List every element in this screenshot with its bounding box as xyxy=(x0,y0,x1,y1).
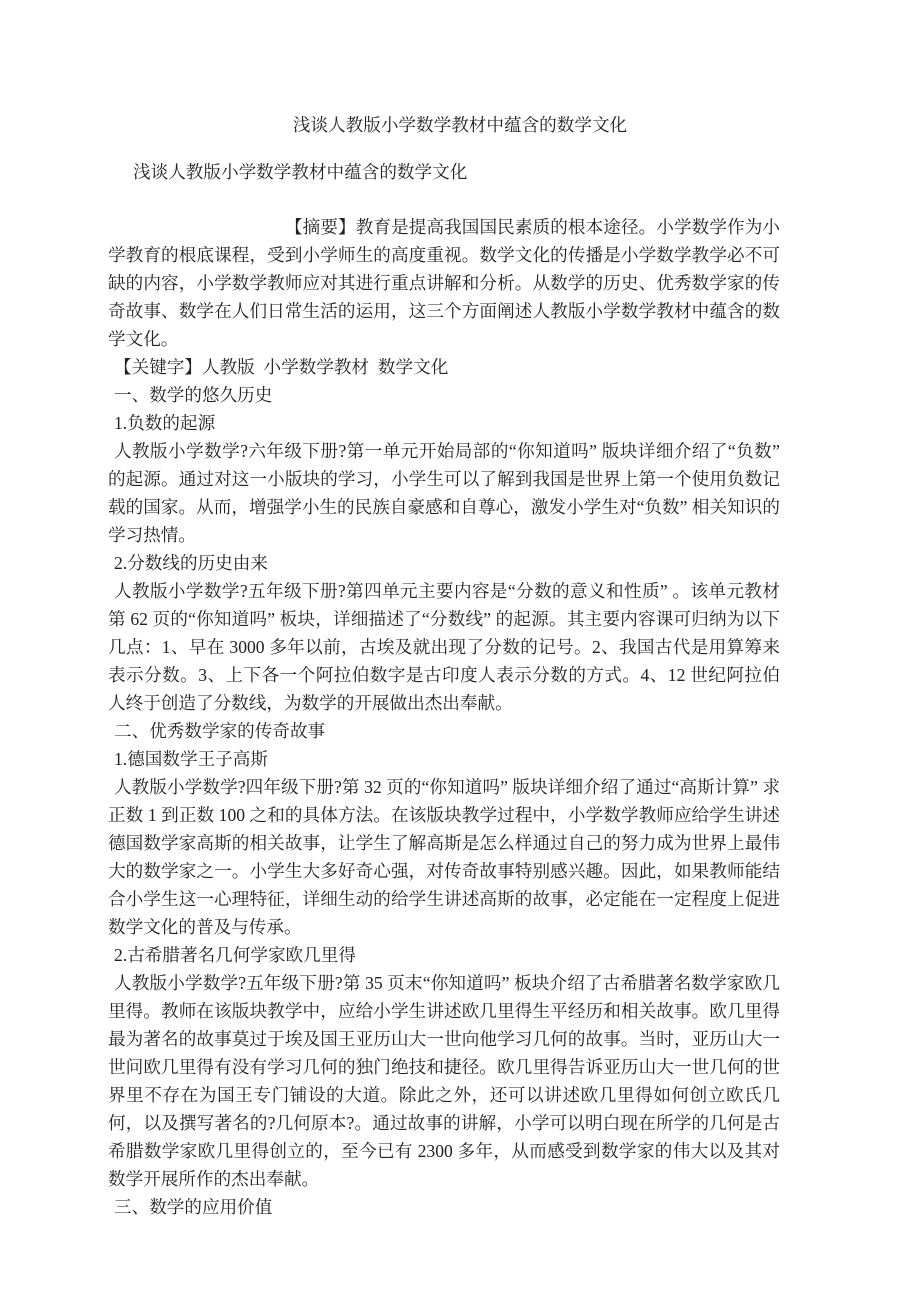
document-title: 浅谈人教版小学数学教材中蕴含的数学文化 xyxy=(0,111,920,139)
document-page: 浅谈人教版小学数学教材中蕴含的数学文化 浅谈人教版小学数学教材中蕴含的数学文化 … xyxy=(0,0,920,1302)
section-heading: 二、优秀数学家的传奇故事 xyxy=(108,717,780,745)
body-paragraph: 人教版小学数学?五年级下册?第四单元主要内容是“分数的意义和性质” 。该单元教材… xyxy=(108,577,780,717)
section-heading: 一、数学的悠久历史 xyxy=(108,381,780,409)
body-paragraph: 人教版小学数学?五年级下册?第 35 页末“你知道吗” 板块介绍了古希腊著名数学… xyxy=(108,969,780,1193)
subsection-heading: 2.分数线的历史由来 xyxy=(108,549,780,577)
document-subtitle: 浅谈人教版小学数学教材中蕴含的数学文化 xyxy=(108,158,808,186)
subsection-heading: 1.负数的起源 xyxy=(108,409,780,437)
section-heading: 三、数学的应用价值 xyxy=(108,1193,780,1221)
subsection-heading: 2.古希腊著名几何学家欧几里得 xyxy=(108,941,780,969)
document-body: 【摘要】教育是提高我国国民素质的根本途径。小学数学作为小学教育的根底课程，受到小… xyxy=(108,213,780,1221)
body-paragraph: 人教版小学数学?六年级下册?第一单元开始局部的“你知道吗” 版块详细介绍了“负数… xyxy=(108,437,780,549)
abstract-paragraph: 【摘要】教育是提高我国国民素质的根本途径。小学数学作为小学教育的根底课程，受到小… xyxy=(108,213,780,353)
body-paragraph: 人教版小学数学?四年级下册?第 32 页的“你知道吗” 版块详细介绍了通过“高斯… xyxy=(108,773,780,941)
keywords-paragraph: 【关键字】人教版 小学数学教材 数学文化 xyxy=(108,353,780,381)
subsection-heading: 1.德国数学王子高斯 xyxy=(108,745,780,773)
